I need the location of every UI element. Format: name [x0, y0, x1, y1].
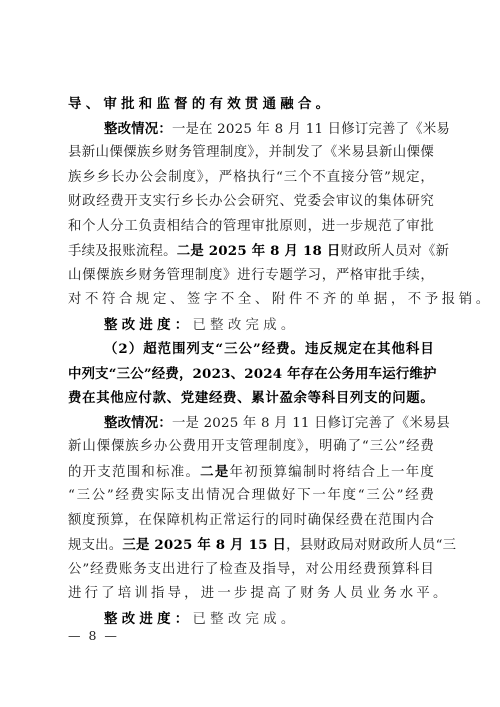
text-span: 一是 2025 年 8 月 11 日修订完善了《米易县: [172, 416, 450, 431]
text-line: 县新山傈僳族乡财务管理制度》，并制发了《米易县新山傈僳: [68, 141, 434, 166]
text-line: 新山傈僳族乡办公费用开支管理制度》，明确了“三公”经费: [68, 435, 434, 460]
section-label: 整改进度：: [104, 611, 192, 627]
heading-line: （2）超范围列支“三公”经费。违反规定在其他科目: [68, 337, 434, 362]
text-span: 规支出。: [68, 538, 122, 553]
text-line: 额度预算，在保障机构正常运行的同时确保经费在范围内合: [68, 509, 434, 534]
text-line: 手续及报账流程。二是 2025 年 8 月 18 日财政所人员对《新: [68, 239, 434, 264]
text-line: 进行了培训指导，进一步提高了财务人员业务水平。: [68, 582, 434, 607]
document-page: 导、审批和监督的有效贯通融合。 整改情况：一是在 2025 年 8 月 11 日…: [68, 92, 434, 631]
text-line: 公”经费账务支出进行了检查及指导，对公用经费预算科目: [68, 558, 434, 583]
section-label: 整改进度：: [104, 317, 192, 333]
bold-span: 三是 2025 年 8 月 15 日: [122, 537, 286, 553]
text-line: 整改进度：已整改完成。: [68, 313, 434, 338]
text-span: 手续及报账流程。: [68, 244, 177, 259]
section-label: 整改情况：: [104, 121, 172, 137]
status-text: 已整改完成。: [192, 318, 298, 333]
text-line: 山傈僳族乡财务管理制度》进行专题学习，严格审批手续，: [68, 264, 434, 289]
text-line: 的开支范围和标准。二是年初预算编制时将结合上一年度: [68, 460, 434, 485]
text-span: ，县财政局对财政所人员“三: [286, 538, 456, 553]
text-line: 对不符合规定、签字不全、附件不齐的单据，不予报销。: [68, 288, 434, 313]
text-line: 整改进度：已整改完成。: [68, 607, 434, 632]
bold-span: 二是: [200, 464, 229, 480]
text-span: 年初预算编制时将结合上一年度: [230, 465, 434, 480]
text-line: 财政经费开支实行乡长办公会研究、党委会审议的集体研究: [68, 190, 434, 215]
section-label: 整改情况：: [104, 415, 172, 431]
text-span: 一是在 2025 年 8 月 11 日修订完善了《米易: [172, 122, 450, 137]
page-number: — 8 —: [68, 628, 119, 643]
text-line: 整改情况：一是 2025 年 8 月 11 日修订完善了《米易县: [68, 411, 434, 436]
text-line: 整改情况：一是在 2025 年 8 月 11 日修订完善了《米易: [68, 117, 434, 142]
text-span: 财政所人员对《新: [340, 244, 449, 259]
status-text: 已整改完成。: [192, 612, 298, 627]
text-line: 和个人分工负责相结合的管理审批原则，进一步规范了审批: [68, 215, 434, 240]
text-span: 的开支范围和标准。: [68, 465, 200, 480]
heading-line: 费在其他应付款、党建经费、累计盈余等科目列支的问题。: [68, 386, 434, 411]
bold-span: 二是 2025 年 8 月 18 日: [177, 243, 341, 259]
text-line: 导、审批和监督的有效贯通融合。: [68, 92, 434, 117]
heading-line: 中列支“三公”经费，2023、2024 年存在公务用车运行维护: [68, 362, 434, 387]
text-line: “三公”经费实际支出情况合理做好下一年度“三公”经费: [68, 484, 434, 509]
text-line: 族乡乡长办公会制度》，严格执行“三个不直接分管”规定，: [68, 166, 434, 191]
text-line: 规支出。三是 2025 年 8 月 15 日，县财政局对财政所人员“三: [68, 533, 434, 558]
